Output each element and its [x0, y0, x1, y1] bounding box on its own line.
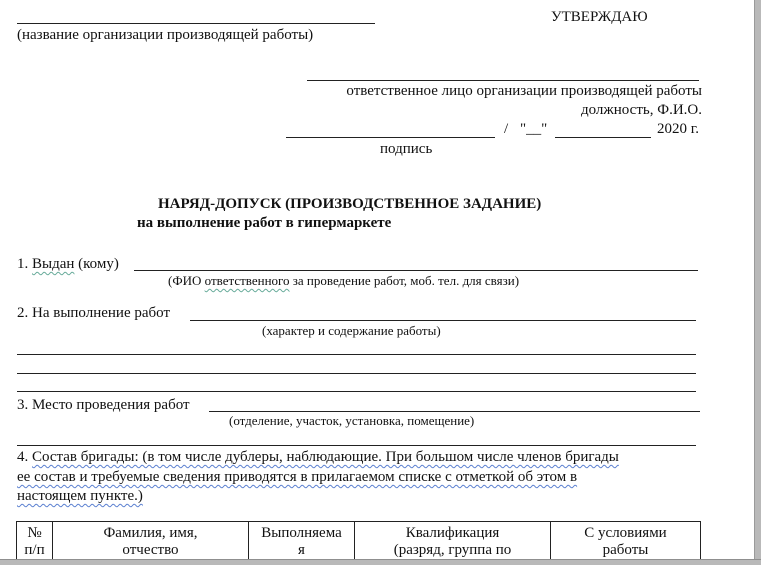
signature-caption: подпись [380, 141, 432, 158]
org-name-caption: (название организации производящей работ… [17, 27, 313, 44]
org-name-line [17, 23, 375, 24]
crew-table: № п/п Фамилия, имя, отчество Выполняема … [16, 521, 701, 560]
responsible-caption: ответственное лицо организации производя… [346, 83, 702, 100]
work-input-line[interactable] [190, 320, 696, 321]
crew-top-line[interactable] [17, 445, 696, 446]
approve-heading: УТВЕРЖДАЮ [551, 9, 648, 26]
col-qualification: Квалификация (разряд, группа по [355, 522, 551, 561]
crew-text-line-2: ее состав и требуемые сведения приводятс… [17, 469, 577, 486]
work-caption: (характер и содержание работы) [262, 323, 441, 338]
issued-label: 1. Выдан (кому) [17, 256, 119, 273]
col-performed: Выполняема я [249, 522, 355, 561]
place-input-line[interactable] [209, 411, 700, 412]
document-title: НАРЯД-ДОПУСК (ПРОИЗВОДСТВЕННОЕ ЗАДАНИЕ) [158, 196, 541, 213]
work-label: 2. На выполнение работ [17, 305, 170, 322]
responsible-line [307, 80, 699, 81]
col-full-name: Фамилия, имя, отчество [53, 522, 249, 561]
crew-text-line-3: настоящем пункте.) [17, 488, 143, 505]
position-name-caption: должность, Ф.И.О. [581, 102, 702, 119]
issued-caption: (ФИО ответственного за проведение работ,… [168, 273, 519, 288]
horizontal-scrollbar[interactable] [0, 559, 761, 565]
issued-word: Выдан [32, 256, 74, 272]
work-extra-line-2[interactable] [17, 373, 696, 374]
col-number: № п/п [17, 522, 53, 561]
col-conditions: С условиями работы [551, 522, 701, 561]
vertical-scrollbar[interactable] [754, 0, 761, 565]
date-day-field[interactable]: "__" [520, 121, 547, 138]
document-subtitle: на выполнение работ в гипермаркете [137, 215, 391, 232]
title-main: НАРЯД-ДОПУСК (ПРОИЗВОДСТВЕННОЕ ЗАДАНИЕ) [158, 196, 541, 212]
date-slash: / [504, 121, 508, 138]
date-year: 2020 г. [657, 121, 699, 138]
issued-input-line[interactable] [134, 270, 698, 271]
place-caption: (отделение, участок, установка, помещени… [229, 413, 474, 428]
work-extra-line-1[interactable] [17, 354, 696, 355]
signature-line [286, 137, 495, 138]
date-month-line [555, 137, 651, 138]
document-page: (название организации производящей работ… [0, 0, 755, 560]
crew-text-line-1: 4. Состав бригады: (в том числе дублеры,… [17, 449, 619, 466]
work-extra-line-3[interactable] [17, 391, 696, 392]
crew-table-header: № п/п Фамилия, имя, отчество Выполняема … [17, 522, 701, 561]
place-label: 3. Место проведения работ [17, 397, 190, 414]
